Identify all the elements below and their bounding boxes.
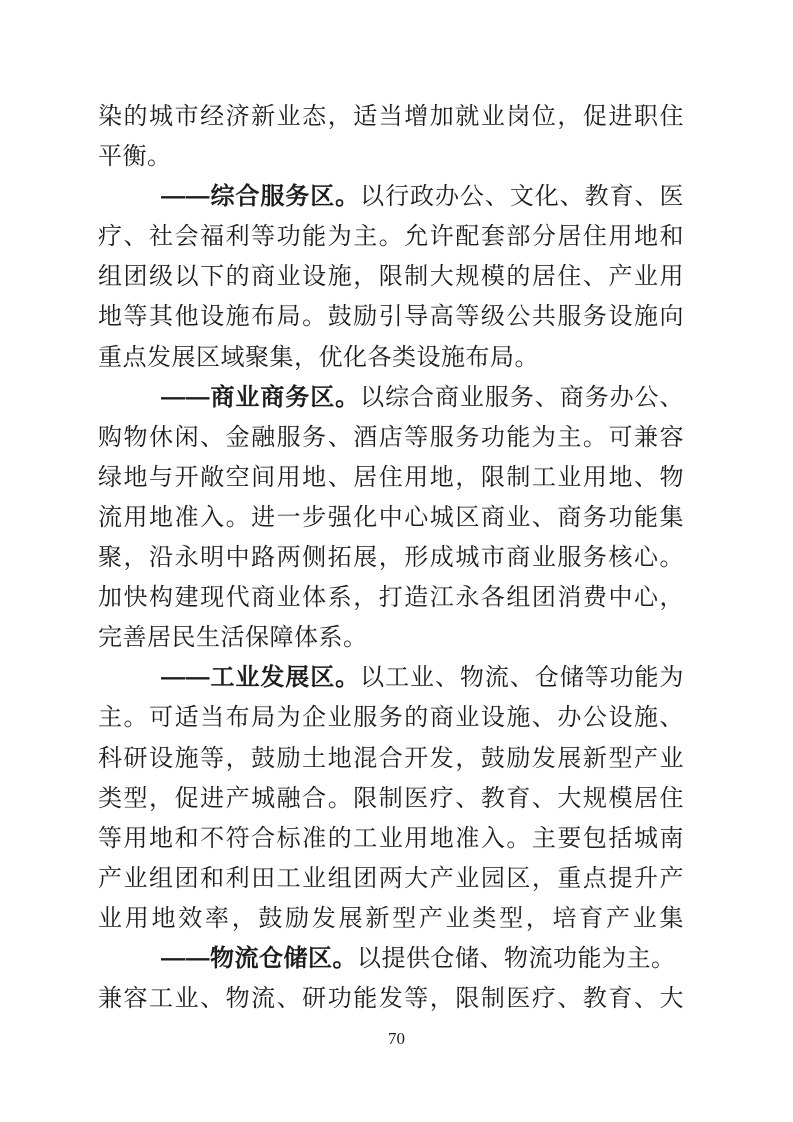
- document-body: 染的城市经济新业态，适当增加就业岗位，促进职住平衡。——综合服务区。以行政办公、…: [98, 97, 684, 1019]
- document-page: 染的城市经济新业态，适当增加就业岗位，促进职住平衡。——综合服务区。以行政办公、…: [0, 0, 793, 1122]
- text-line: 地等其他设施布局。鼓励引导高等级公共服务设施向: [98, 297, 684, 337]
- page-number: 70: [0, 1029, 793, 1049]
- body-text: 聚，沿永明中路两侧拓展，形成城市商业服务核心。: [98, 545, 684, 571]
- body-text: 地等其他设施布局。鼓励引导高等级公共服务设施向: [98, 304, 684, 330]
- section-heading: ——综合服务区。: [161, 183, 360, 210]
- text-line: 疗、社会福利等功能为主。允许配套部分居住用地和: [98, 217, 684, 257]
- text-line: 购物休闲、金融服务、酒店等服务功能为主。可兼容: [98, 418, 684, 458]
- text-line: 组团级以下的商业设施，限制大规模的居住、产业用: [98, 257, 684, 297]
- body-text: 等用地和不符合标准的工业用地准入。主要包括城南: [98, 826, 684, 852]
- body-text: 组团级以下的商业设施，限制大规模的居住、产业用: [98, 264, 684, 290]
- body-text: 完善居民生活保障体系。: [98, 625, 368, 651]
- text-line: ——物流仓储区。以提供仓储、物流功能为主。: [98, 939, 684, 979]
- text-line: 完善居民生活保障体系。: [98, 618, 684, 658]
- text-line: 加快构建现代商业体系，打造江永各组团消费中心，: [98, 578, 684, 618]
- body-text: 购物休闲、金融服务、酒店等服务功能为主。可兼容: [98, 425, 684, 451]
- section-heading: ——物流仓储区。: [161, 945, 357, 972]
- text-line: 染的城市经济新业态，适当增加就业岗位，促进职住: [98, 97, 684, 137]
- text-line: 重点发展区域聚集，优化各类设施布局。: [98, 338, 684, 378]
- body-text: 科研设施等，鼓励土地混合开发，鼓励发展新型产业: [98, 746, 684, 772]
- text-line: 产业组团和利田工业组团两大产业园区，重点提升产: [98, 859, 684, 899]
- body-text: 以行政办公、文化、教育、医: [360, 184, 684, 210]
- body-text: 业用地效率，鼓励发展新型产业类型，培育产业集群。: [98, 906, 684, 939]
- body-text: 染的城市经济新业态，适当增加就业岗位，促进职住: [98, 104, 684, 130]
- body-text: 以综合商业服务、商务办公、: [360, 385, 684, 411]
- body-text: 兼容工业、物流、研功能发等，限制医疗、教育、大: [98, 986, 684, 1012]
- text-line: 等用地和不符合标准的工业用地准入。主要包括城南: [98, 819, 684, 859]
- text-line: 兼容工业、物流、研功能发等，限制医疗、教育、大: [98, 979, 684, 1019]
- text-line: 类型，促进产城融合。限制医疗、教育、大规模居住: [98, 779, 684, 819]
- text-line: 平衡。: [98, 137, 684, 177]
- text-line: ——综合服务区。以行政办公、文化、教育、医: [98, 177, 684, 217]
- text-line: 主。可适当布局为企业服务的商业设施、办公设施、: [98, 698, 684, 738]
- body-text: 流用地准入。进一步强化中心城区商业、商务功能集: [98, 505, 684, 531]
- text-line: 业用地效率，鼓励发展新型产业类型，培育产业集群。: [98, 899, 684, 939]
- text-line: ——商业商务区。以综合商业服务、商务办公、: [98, 378, 684, 418]
- body-text: 产业组团和利田工业组团两大产业园区，重点提升产: [98, 866, 684, 892]
- text-line: 流用地准入。进一步强化中心城区商业、商务功能集: [98, 498, 684, 538]
- text-line: 绿地与开敞空间用地、居住用地，限制工业用地、物: [98, 458, 684, 498]
- section-heading: ——工业发展区。: [161, 664, 360, 691]
- body-text: 以提供仓储、物流功能为主。: [357, 946, 676, 972]
- body-text: 重点发展区域聚集，优化各类设施布局。: [98, 345, 539, 371]
- body-text: 疗、社会福利等功能为主。允许配套部分居住用地和: [98, 224, 684, 250]
- body-text: 主。可适当布局为企业服务的商业设施、办公设施、: [98, 705, 684, 731]
- body-text: 以工业、物流、仓储等功能为: [360, 665, 684, 691]
- text-line: 科研设施等，鼓励土地混合开发，鼓励发展新型产业: [98, 739, 684, 779]
- body-text: 类型，促进产城融合。限制医疗、教育、大规模居住: [98, 786, 684, 812]
- section-heading: ——商业商务区。: [161, 384, 360, 411]
- text-line: 聚，沿永明中路两侧拓展，形成城市商业服务核心。: [98, 538, 684, 578]
- body-text: 平衡。: [98, 144, 172, 170]
- text-line: ——工业发展区。以工业、物流、仓储等功能为: [98, 658, 684, 698]
- body-text: 绿地与开敞空间用地、居住用地，限制工业用地、物: [98, 465, 684, 491]
- body-text: 加快构建现代商业体系，打造江永各组团消费中心，: [98, 585, 684, 611]
